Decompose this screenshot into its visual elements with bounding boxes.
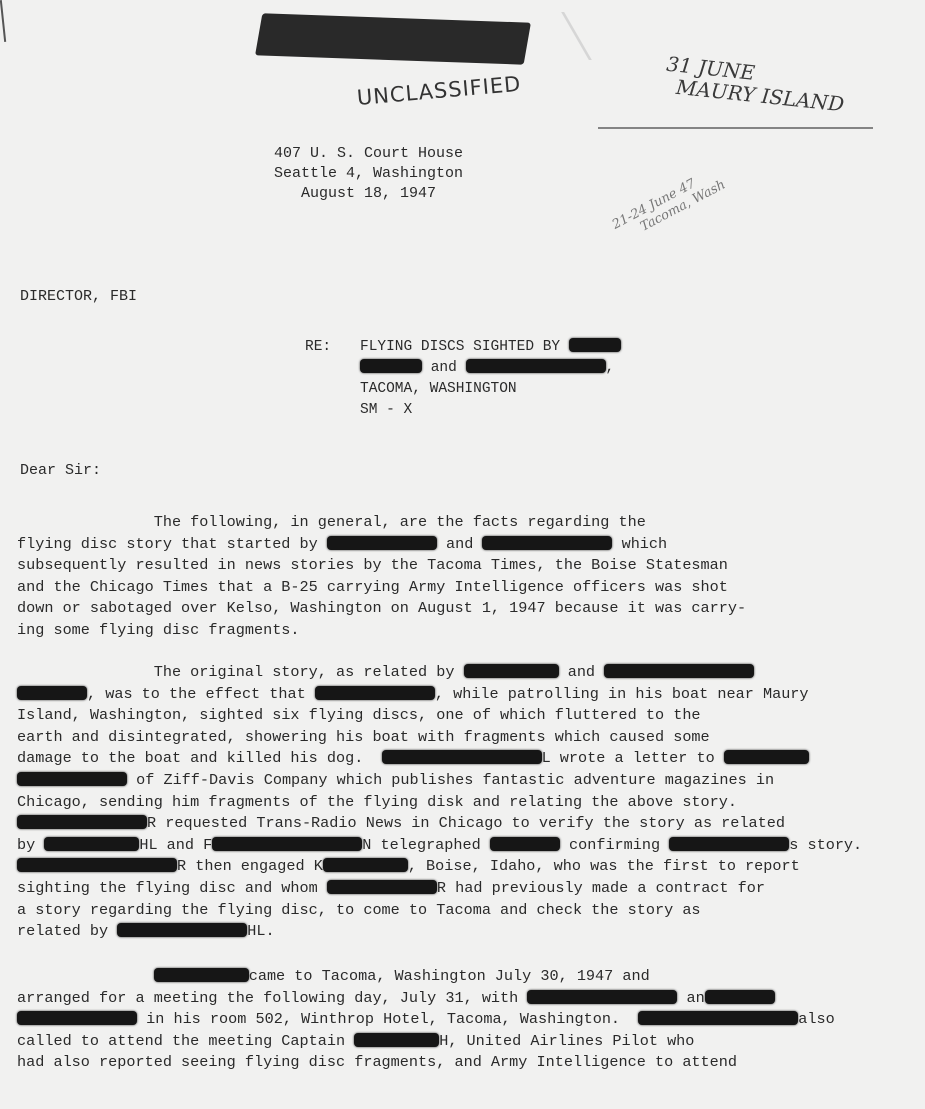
redaction [466,359,606,373]
redaction [724,750,809,764]
redaction [638,1011,798,1025]
handwritten-note: 31 JUNE MAURY ISLAND [663,53,847,116]
address-line: Seattle 4, Washington [274,164,463,184]
text-line: Chicago, sending him fragments of the fl… [17,792,917,814]
text-line: of Ziff-Davis Company which publishes fa… [17,770,917,792]
redaction [490,837,560,851]
text-line: , was to the effect that , while patroll… [17,684,917,706]
subject-label: RE: [305,337,331,358]
redaction [527,990,677,1004]
redaction [354,1033,439,1047]
redaction [705,990,775,1004]
redaction [212,837,362,851]
subject-block: RE: FLYING DISCS SIGHTED BY and , TACOMA… [305,337,621,421]
redaction [382,750,542,764]
redaction [323,858,408,872]
handwritten-underline [598,127,873,129]
redaction [464,664,559,678]
text-line: sighting the flying disc and whom R had … [17,878,917,900]
paragraph-2: The original story, as related by and , … [17,662,917,943]
text-line: R requested Trans-Radio News in Chicago … [17,813,917,835]
text-line: The following, in general, are the facts… [17,512,917,534]
document-page: UNCLASSIFIED 31 JUNE MAURY ISLAND 21-24 … [0,0,925,1109]
redaction [17,815,147,829]
redaction [17,858,177,872]
redaction [117,923,247,937]
address-line: 407 U. S. Court House [274,144,463,164]
file-number: SM - X [360,400,621,421]
text-line: called to attend the meeting Captain H, … [17,1031,917,1053]
text-line: and the Chicago Times that a B-25 carryi… [17,577,917,599]
text-line: in his room 502, Winthrop Hotel, Tacoma,… [17,1009,917,1031]
redaction [17,772,127,786]
text-line: a story regarding the flying disc, to co… [17,900,917,922]
text-line: by HL and FN telegraphed confirming s st… [17,835,917,857]
letter-date: August 18, 1947 [274,184,463,204]
redaction [327,536,437,550]
subject-line: and [422,360,466,376]
text-line: subsequently resulted in news stories by… [17,555,917,577]
text-line: had also reported seeing flying disc fra… [17,1052,917,1074]
handwritten-date-note: 21-24 June 47 Tacoma, Wash [610,164,728,246]
text-line: flying disc story that started by and wh… [17,534,917,556]
text-line: related by HL. [17,921,917,943]
redaction-bar [255,13,531,64]
redaction [482,536,612,550]
text-line: The original story, as related by and [17,662,917,684]
subject-line: FLYING DISCS SIGHTED BY [360,339,560,355]
redaction [669,837,789,851]
handwritten-note-line: MAURY ISLAND [675,76,845,116]
redaction [17,1011,137,1025]
classification-stamp: UNCLASSIFIED [356,72,522,110]
text-line: ing some flying disc fragments. [17,620,917,642]
redaction [44,837,139,851]
text-line: earth and disintegrated, showering his b… [17,727,917,749]
redaction [17,686,87,700]
addressee: DIRECTOR, FBI [20,288,137,305]
salutation: Dear Sir: [20,462,101,479]
paragraph-3: came to Tacoma, Washington July 30, 1947… [17,966,917,1074]
redaction [569,338,621,352]
text-line: down or sabotaged over Kelso, Washington… [17,598,917,620]
text-line: came to Tacoma, Washington July 30, 1947… [17,966,917,988]
redaction [327,880,437,894]
text-line: R then engaged K, Boise, Idaho, who was … [17,856,917,878]
redaction [360,359,422,373]
text-line: damage to the boat and killed his dog. L… [17,748,917,770]
redaction [315,686,435,700]
text-line: arranged for a meeting the following day… [17,988,917,1010]
redaction [604,664,754,678]
redaction [154,968,249,982]
text-line: Island, Washington, sighted six flying d… [17,705,917,727]
letterhead-address: 407 U. S. Court House Seattle 4, Washing… [274,144,463,204]
paragraph-1: The following, in general, are the facts… [17,512,917,642]
subject-line: TACOMA, WASHINGTON [360,379,621,400]
margin-mark [0,0,6,42]
